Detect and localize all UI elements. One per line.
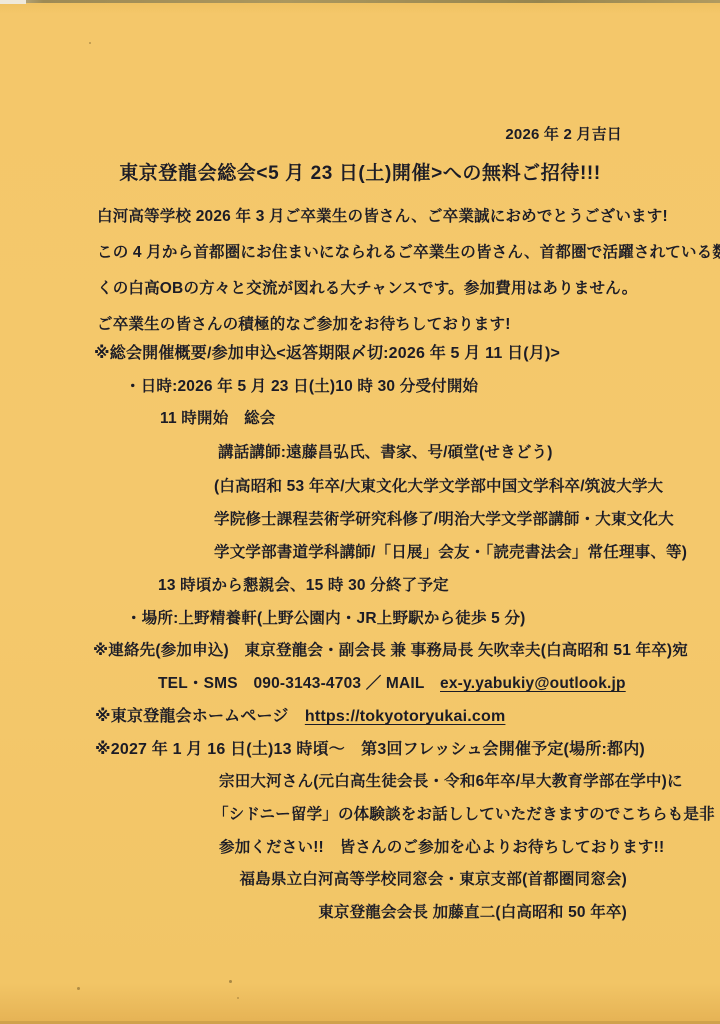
greeting-line-2: この 4 月から首都圏にお住まいになられるご卒業生の皆さん、首都圏で活躍されてい… (97, 240, 720, 262)
scan-corner-artifact (0, 0, 26, 4)
fresh-line-2: 「シドニー留学」の体験談をお話ししていただきますのでこちらも是非 (213, 802, 715, 824)
contact-heading: ※連絡先(参加申込) 東京登龍会・副会長 兼 事務局長 矢吹幸夫(白高昭和 51… (93, 638, 688, 660)
fresh-meeting-heading: ※2027 年 1 月 16 日(土)13 時頃〜 第3回フレッシュ会開催予定(… (95, 736, 645, 759)
dust-speck (229, 980, 232, 983)
fresh-line-1: 宗田大河さん(元白高生徒会長・令和6年卒/早大教育学部在学中)に (219, 769, 683, 791)
scanned-letter-page: 2026 年 2 月吉日 東京登龍会総会<5 月 23 日(土)開催>への無料ご… (0, 0, 720, 1024)
lecturer-line-2: (白高昭和 53 年卒/大東文化大学文学部中国文学科卒/筑波大学大 (214, 474, 663, 496)
lecturer-line-1: 講話講師:遠藤昌弘氏、書家、号/碩堂(せきどう) (218, 440, 553, 462)
scan-top-edge (0, 0, 720, 3)
lecturer-line-4: 学文学部書道学科講師/「日展」会友・「読売書法会」常任理事、等) (214, 540, 687, 562)
homepage-url-link[interactable]: https://tokyotoryukai.com (305, 708, 506, 725)
party-line: 13 時頃から懇親会、15 時 30 分終了予定 (158, 573, 449, 595)
letter-title: 東京登龍会総会<5 月 23 日(土)開催>への無料ご招待!!! (0, 158, 720, 185)
dust-speck (89, 42, 91, 44)
datetime-line: ・日時:2026 年 5 月 23 日(土)10 時 30 分受付開始 (125, 374, 478, 396)
greeting-line-4: ご卒業生の皆さんの積極的なご参加をお待ちしております! (97, 312, 511, 334)
greeting-line-3: くの白高OBの方々と交流が図れる大チャンスです。参加費用はありません。 (97, 276, 638, 298)
letter-date: 2026 年 2 月吉日 (505, 123, 622, 144)
overview-heading: ※総会開催概要/参加申込<返答期限〆切:2026 年 5 月 11 日(月)> (94, 340, 560, 363)
dust-speck (237, 997, 239, 999)
start-time-line: 11 時開始 総会 (160, 406, 276, 428)
greeting-line-1: 白河高等学校 2026 年 3 月ご卒業生の皆さん、ご卒業誠におめでとうございま… (97, 204, 668, 226)
contact-email-link[interactable]: ex-y.yabukiy@outlook.jp (440, 675, 626, 692)
signature-org: 福島県立白河高等学校同窓会・東京支部(首都圏同窓会) (239, 867, 627, 889)
homepage-label: ※東京登龍会ホームページ (95, 708, 289, 725)
lecturer-line-3: 学院修士課程芸術学研究科修了/明治大学文学部講師・大東文化大 (214, 507, 674, 529)
signature-president: 東京登龍会会長 加藤直二(白高昭和 50 年卒) (318, 900, 627, 922)
place-line: ・場所:上野精養軒(上野公園内・JR上野駅から徒歩 5 分) (126, 606, 526, 628)
homepage-line: ※東京登龍会ホームページ https://tokyotoryukai.com (95, 703, 505, 726)
dust-speck (77, 987, 80, 990)
fresh-line-3: 参加ください!! 皆さんのご参加を心よりお待ちしております!! (219, 835, 664, 857)
contact-line: TEL・SMS 090-3143-4703 ／ MAIL ex-y.yabuki… (158, 671, 626, 693)
contact-tel: TEL・SMS 090-3143-4703 ／ MAIL (158, 675, 440, 692)
